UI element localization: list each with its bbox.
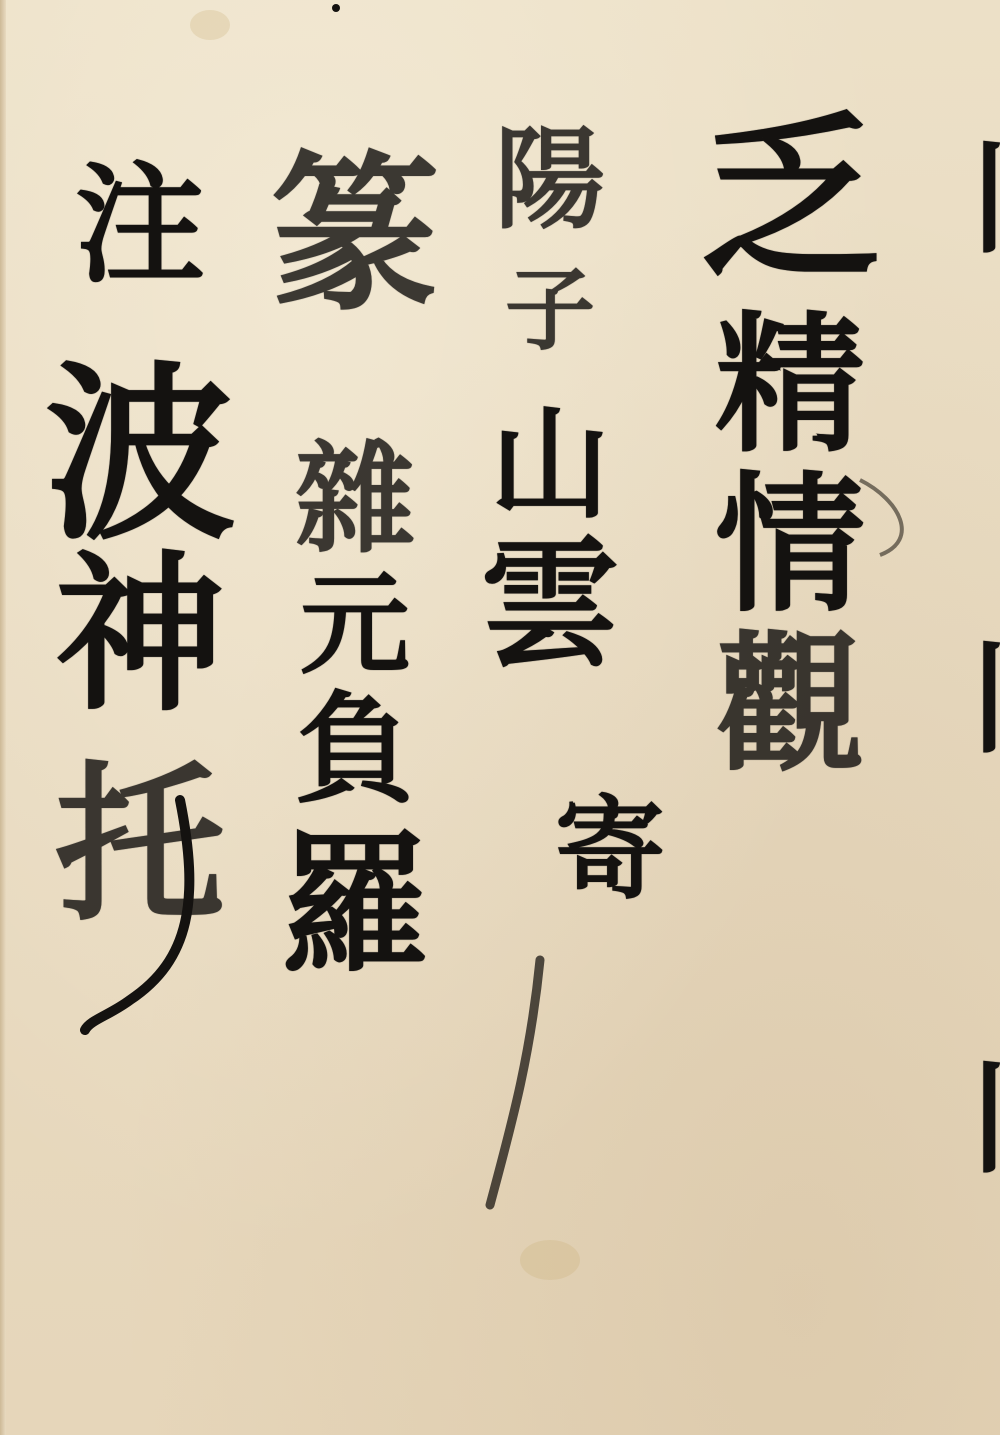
calligraphy-column-4: 注 波 神 托 (40, 160, 240, 930)
character: 負 (295, 690, 415, 810)
character: 托 (55, 760, 225, 930)
paper-left-edge (0, 0, 6, 1435)
character: 觀 (715, 630, 865, 780)
character: 精 (715, 310, 865, 460)
character: 元 (300, 570, 410, 680)
calligraphy-column-2: 陽 子 山 雲 寄 (470, 125, 630, 905)
character: 羅 (280, 830, 430, 980)
character: 雲 (480, 535, 620, 675)
character: 神 (55, 550, 225, 720)
calligraphy-column-edge: 丨 丨 丨 (960, 140, 1000, 1180)
paper-stain (520, 1240, 580, 1280)
character: 寄 (555, 795, 665, 905)
character: 波 (45, 360, 235, 550)
character: 乏 (700, 110, 880, 290)
character: 篆 (270, 150, 440, 320)
character: 雜 (295, 440, 415, 560)
character-fragment: 丨 (930, 1060, 1000, 1180)
paper-stain (190, 10, 230, 40)
calligraphy-column-3: 篆 雜 元 負 羅 (255, 150, 455, 980)
character: 山 (490, 405, 610, 525)
character: 陽 (495, 125, 605, 235)
calligraphy-paper: 乏 精 情 觀 陽 子 山 雲 寄 篆 雜 元 負 羅 注 波 神 托 丨 丨 … (0, 0, 1000, 1435)
character-fragment: 丨 (930, 640, 1000, 760)
character: 情 (715, 470, 865, 620)
character: 注 (75, 160, 205, 290)
character: 子 (505, 265, 595, 355)
character-fragment: 丨 (930, 140, 1000, 260)
calligraphy-column-1: 乏 精 情 觀 (690, 110, 890, 780)
